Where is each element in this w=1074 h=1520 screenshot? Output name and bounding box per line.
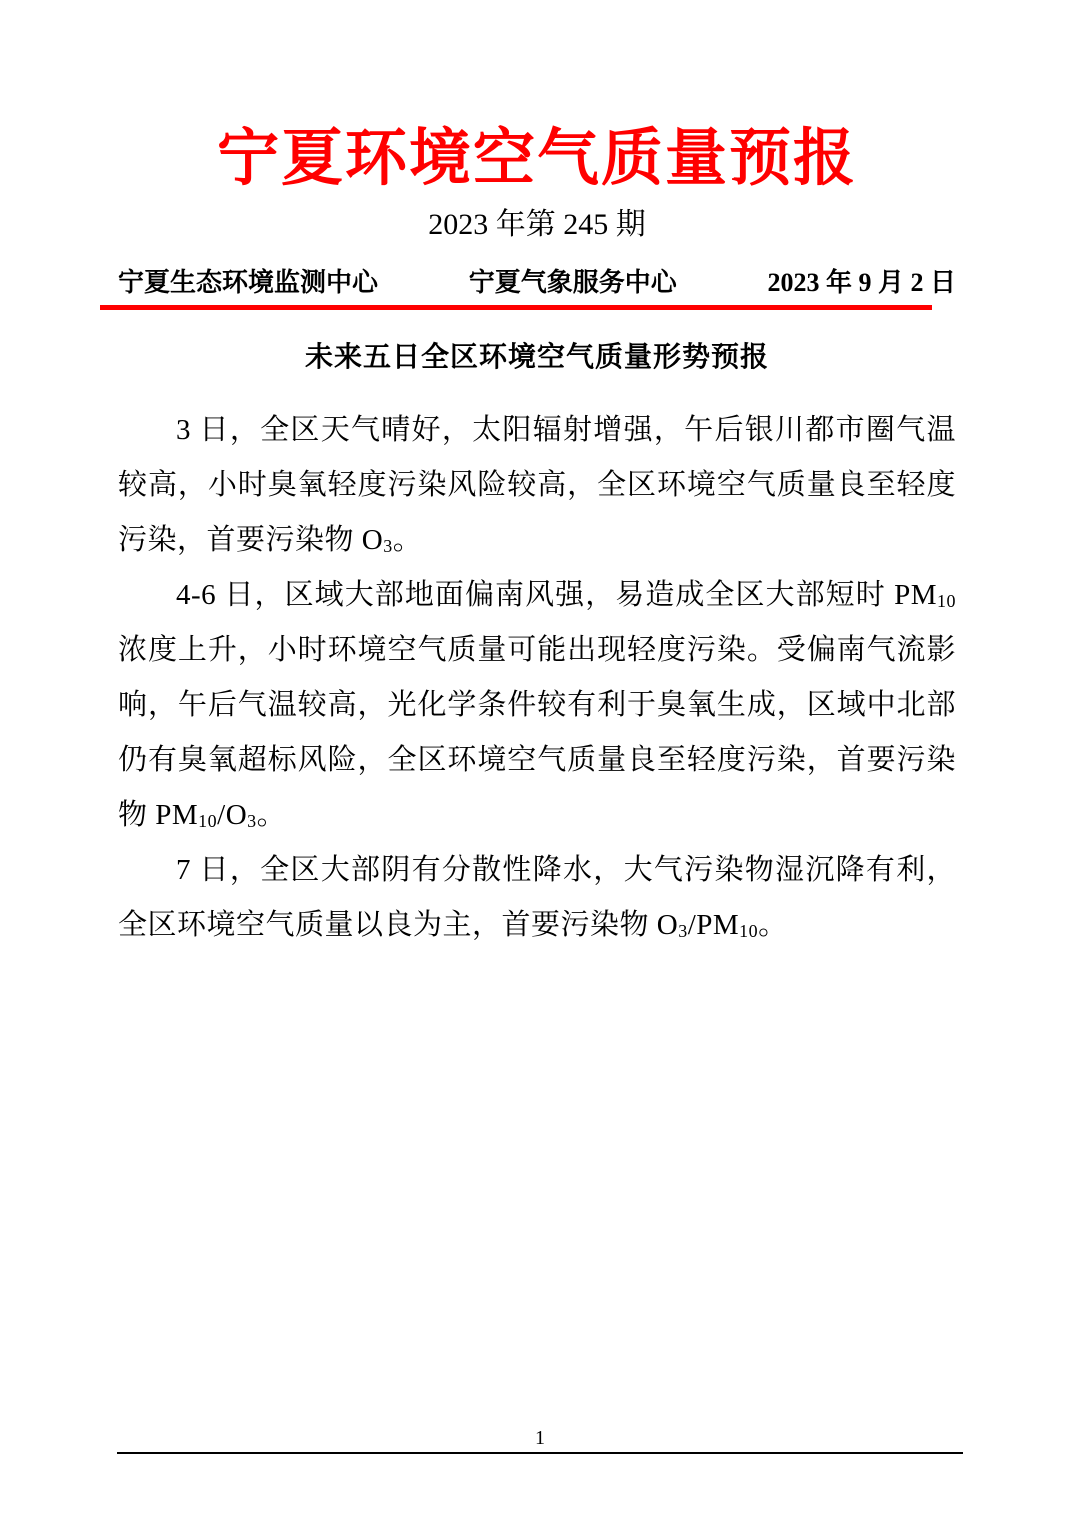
issue-number: 2023 年第 245 期 [118, 208, 956, 242]
document-title: 宁夏环境空气质量预报 [118, 0, 956, 192]
page-number: 1 [535, 1427, 545, 1449]
forecast-section: 未来五日全区环境空气质量形势预报 3 日，全区天气晴好，太阳辐射增强，午后银川都… [118, 341, 956, 953]
document-content: 宁夏环境空气质量预报 2023 年第 245 期 宁夏生态环境监测中心 宁夏气象… [118, 0, 956, 953]
section-title: 未来五日全区环境空气质量形势预报 [118, 341, 956, 375]
forecast-paragraph-day4-6: 4-6 日，区域大部地面偏南风强，易造成全区大部短时 PM10 浓度上升，小时环… [118, 568, 956, 843]
org-left: 宁夏生态环境监测中心 [118, 268, 378, 298]
footer: 1 [117, 1426, 963, 1454]
org-center: 宁夏气象服务中心 [469, 268, 677, 298]
forecast-paragraph-day7: 7 日，全区大部阴有分散性降水，大气污染物湿沉降有利，全区环境空气质量以良为主，… [118, 843, 956, 953]
issue-date: 2023 年 9 月 2 日 [767, 268, 956, 298]
forecast-paragraph-day3: 3 日，全区天气晴好，太阳辐射增强，午后银川都市圈气温较高，小时臭氧轻度污染风险… [118, 403, 956, 568]
forecast-body: 3 日，全区天气晴好，太阳辐射增强，午后银川都市圈气温较高，小时臭氧轻度污染风险… [118, 403, 956, 953]
red-divider [100, 305, 932, 310]
document-header: 宁夏环境空气质量预报 2023 年第 245 期 宁夏生态环境监测中心 宁夏气象… [118, 0, 956, 310]
document-page: 宁夏环境空气质量预报 2023 年第 245 期 宁夏生态环境监测中心 宁夏气象… [0, 0, 1074, 1520]
org-row: 宁夏生态环境监测中心 宁夏气象服务中心 2023 年 9 月 2 日 [118, 268, 956, 298]
